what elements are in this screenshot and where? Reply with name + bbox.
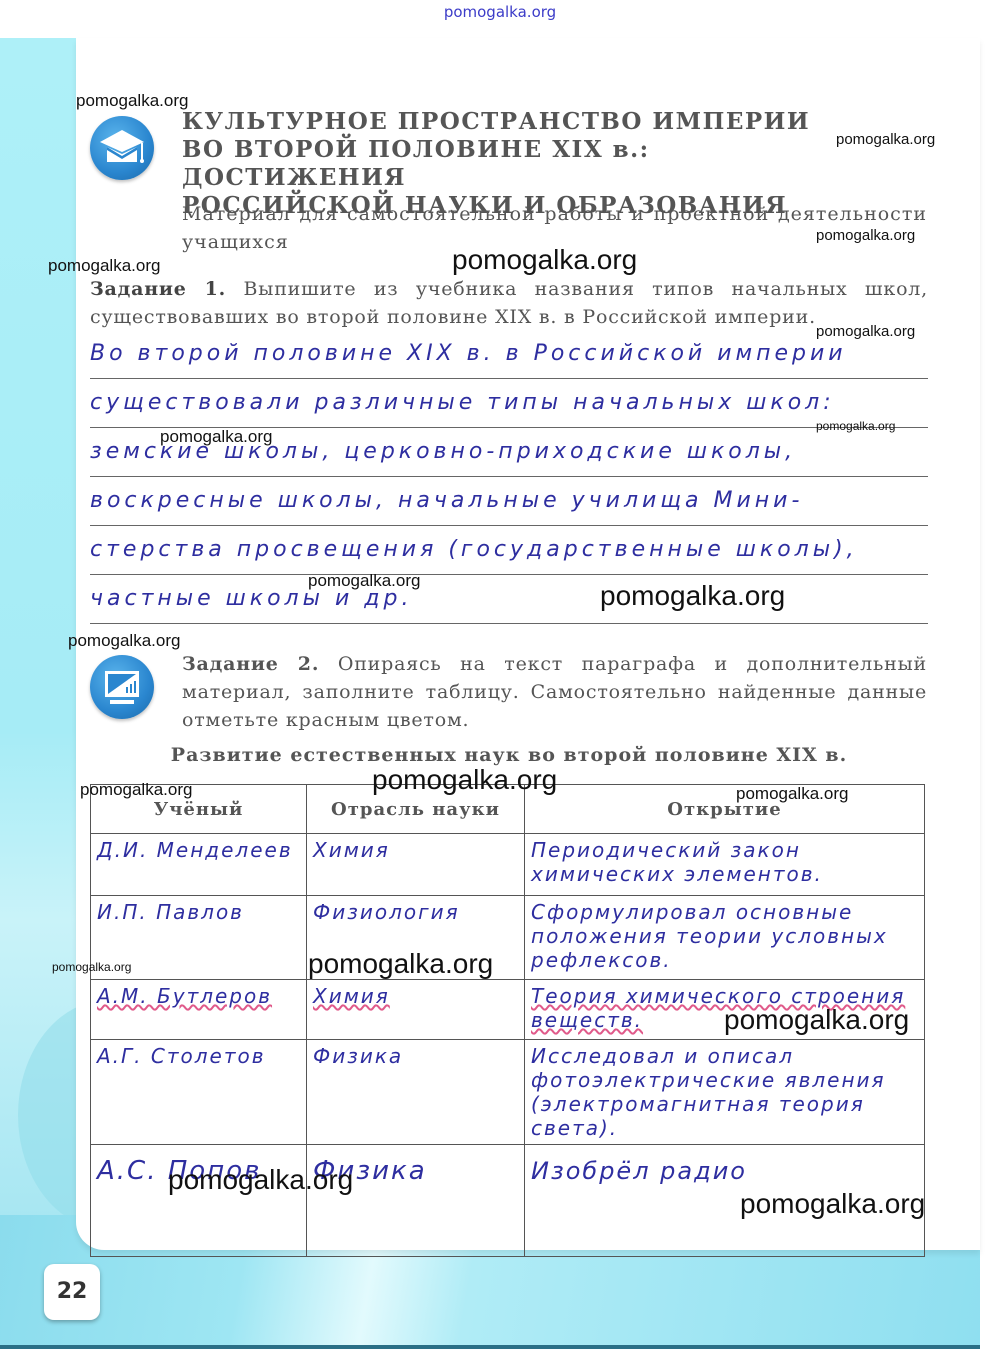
table-row: И.П. Павлов Физиология Сформулировал осн… (91, 896, 925, 980)
task2-label: Задание 2. (182, 653, 319, 675)
task1-label: Задание 1. (90, 278, 226, 300)
watermark: pomogalka.org (308, 948, 493, 980)
column-header-discovery: Открытие (525, 785, 925, 834)
answer-line: Во второй половине XIX в. в Российской и… (90, 330, 928, 379)
cell-field: Физика (307, 1145, 525, 1257)
watermark: pomogalka.org (452, 244, 637, 276)
cell-field: Химия (307, 834, 525, 896)
answer-line: стерства просвещения (государственные шк… (90, 526, 928, 575)
watermark: pomogalka.org (48, 256, 160, 276)
title-line: ВО ВТОРОЙ ПОЛОВИНЕ XIX в.: ДОСТИЖЕНИЯ (182, 136, 862, 192)
watermark: pomogalka.org (68, 631, 180, 651)
page-number: 22 (44, 1264, 100, 1320)
watermark: pomogalka.org (308, 571, 420, 591)
site-header-link[interactable]: pomogalka.org (0, 3, 1000, 21)
watermark: pomogalka.org (816, 227, 915, 244)
cell-discovery: Исследовал и описал фотоэлектрические яв… (525, 1040, 925, 1145)
table-row: Д.И. Менделеев Химия Периодический закон… (91, 834, 925, 896)
task1-answer: Во второй половине XIX в. в Российской и… (90, 330, 928, 624)
watermark: pomogalka.org (816, 419, 895, 433)
cell-scientist: А.Г. Столетов (91, 1040, 307, 1145)
watermark: pomogalka.org (816, 323, 915, 340)
cell-scientist: Д.И. Менделеев (91, 834, 307, 896)
answer-line: частные школы и др. (90, 575, 928, 624)
watermark: pomogalka.org (740, 1188, 925, 1220)
watermark: pomogalka.org (600, 580, 785, 612)
watermark: pomogalka.org (76, 91, 188, 111)
watermark: pomogalka.org (724, 1004, 909, 1036)
watermark: pomogalka.org (52, 960, 131, 974)
task2-prompt: Задание 2. Опираясь на текст параграфа и… (182, 650, 927, 734)
table-caption: Развитие естественных наук во второй пол… (90, 744, 928, 766)
cell-scientist: А.С. Попов (91, 1145, 307, 1257)
cell-field: Физика (307, 1040, 525, 1145)
watermark: pomogalka.org (168, 1164, 353, 1196)
watermark: pomogalka.org (80, 780, 192, 800)
cell-discovery: Сформулировал основные положения теории … (525, 896, 925, 980)
answer-line: воскресные школы, начальные училища Мини… (90, 477, 928, 526)
cell-field: Химия (307, 980, 525, 1040)
answer-line: существовали различные типы начальных шк… (90, 379, 928, 428)
graduation-cap-icon (90, 116, 154, 180)
watermark: pomogalka.org (372, 764, 557, 796)
cell-scientist: А.М. Бутлеров (91, 980, 307, 1040)
computer-chart-icon (90, 655, 154, 719)
cell-discovery: Периодический закон химических элементов… (525, 834, 925, 896)
table-row: А.Г. Столетов Физика Исследовал и описал… (91, 1040, 925, 1145)
watermark: pomogalka.org (736, 784, 848, 804)
title-line: КУЛЬТУРНОЕ ПРОСТРАНСТВО ИМПЕРИИ (182, 108, 862, 136)
watermark: pomogalka.org (836, 131, 935, 148)
watermark: pomogalka.org (160, 427, 272, 447)
task1-prompt: Задание 1. Выпишите из учебника названия… (90, 275, 928, 331)
